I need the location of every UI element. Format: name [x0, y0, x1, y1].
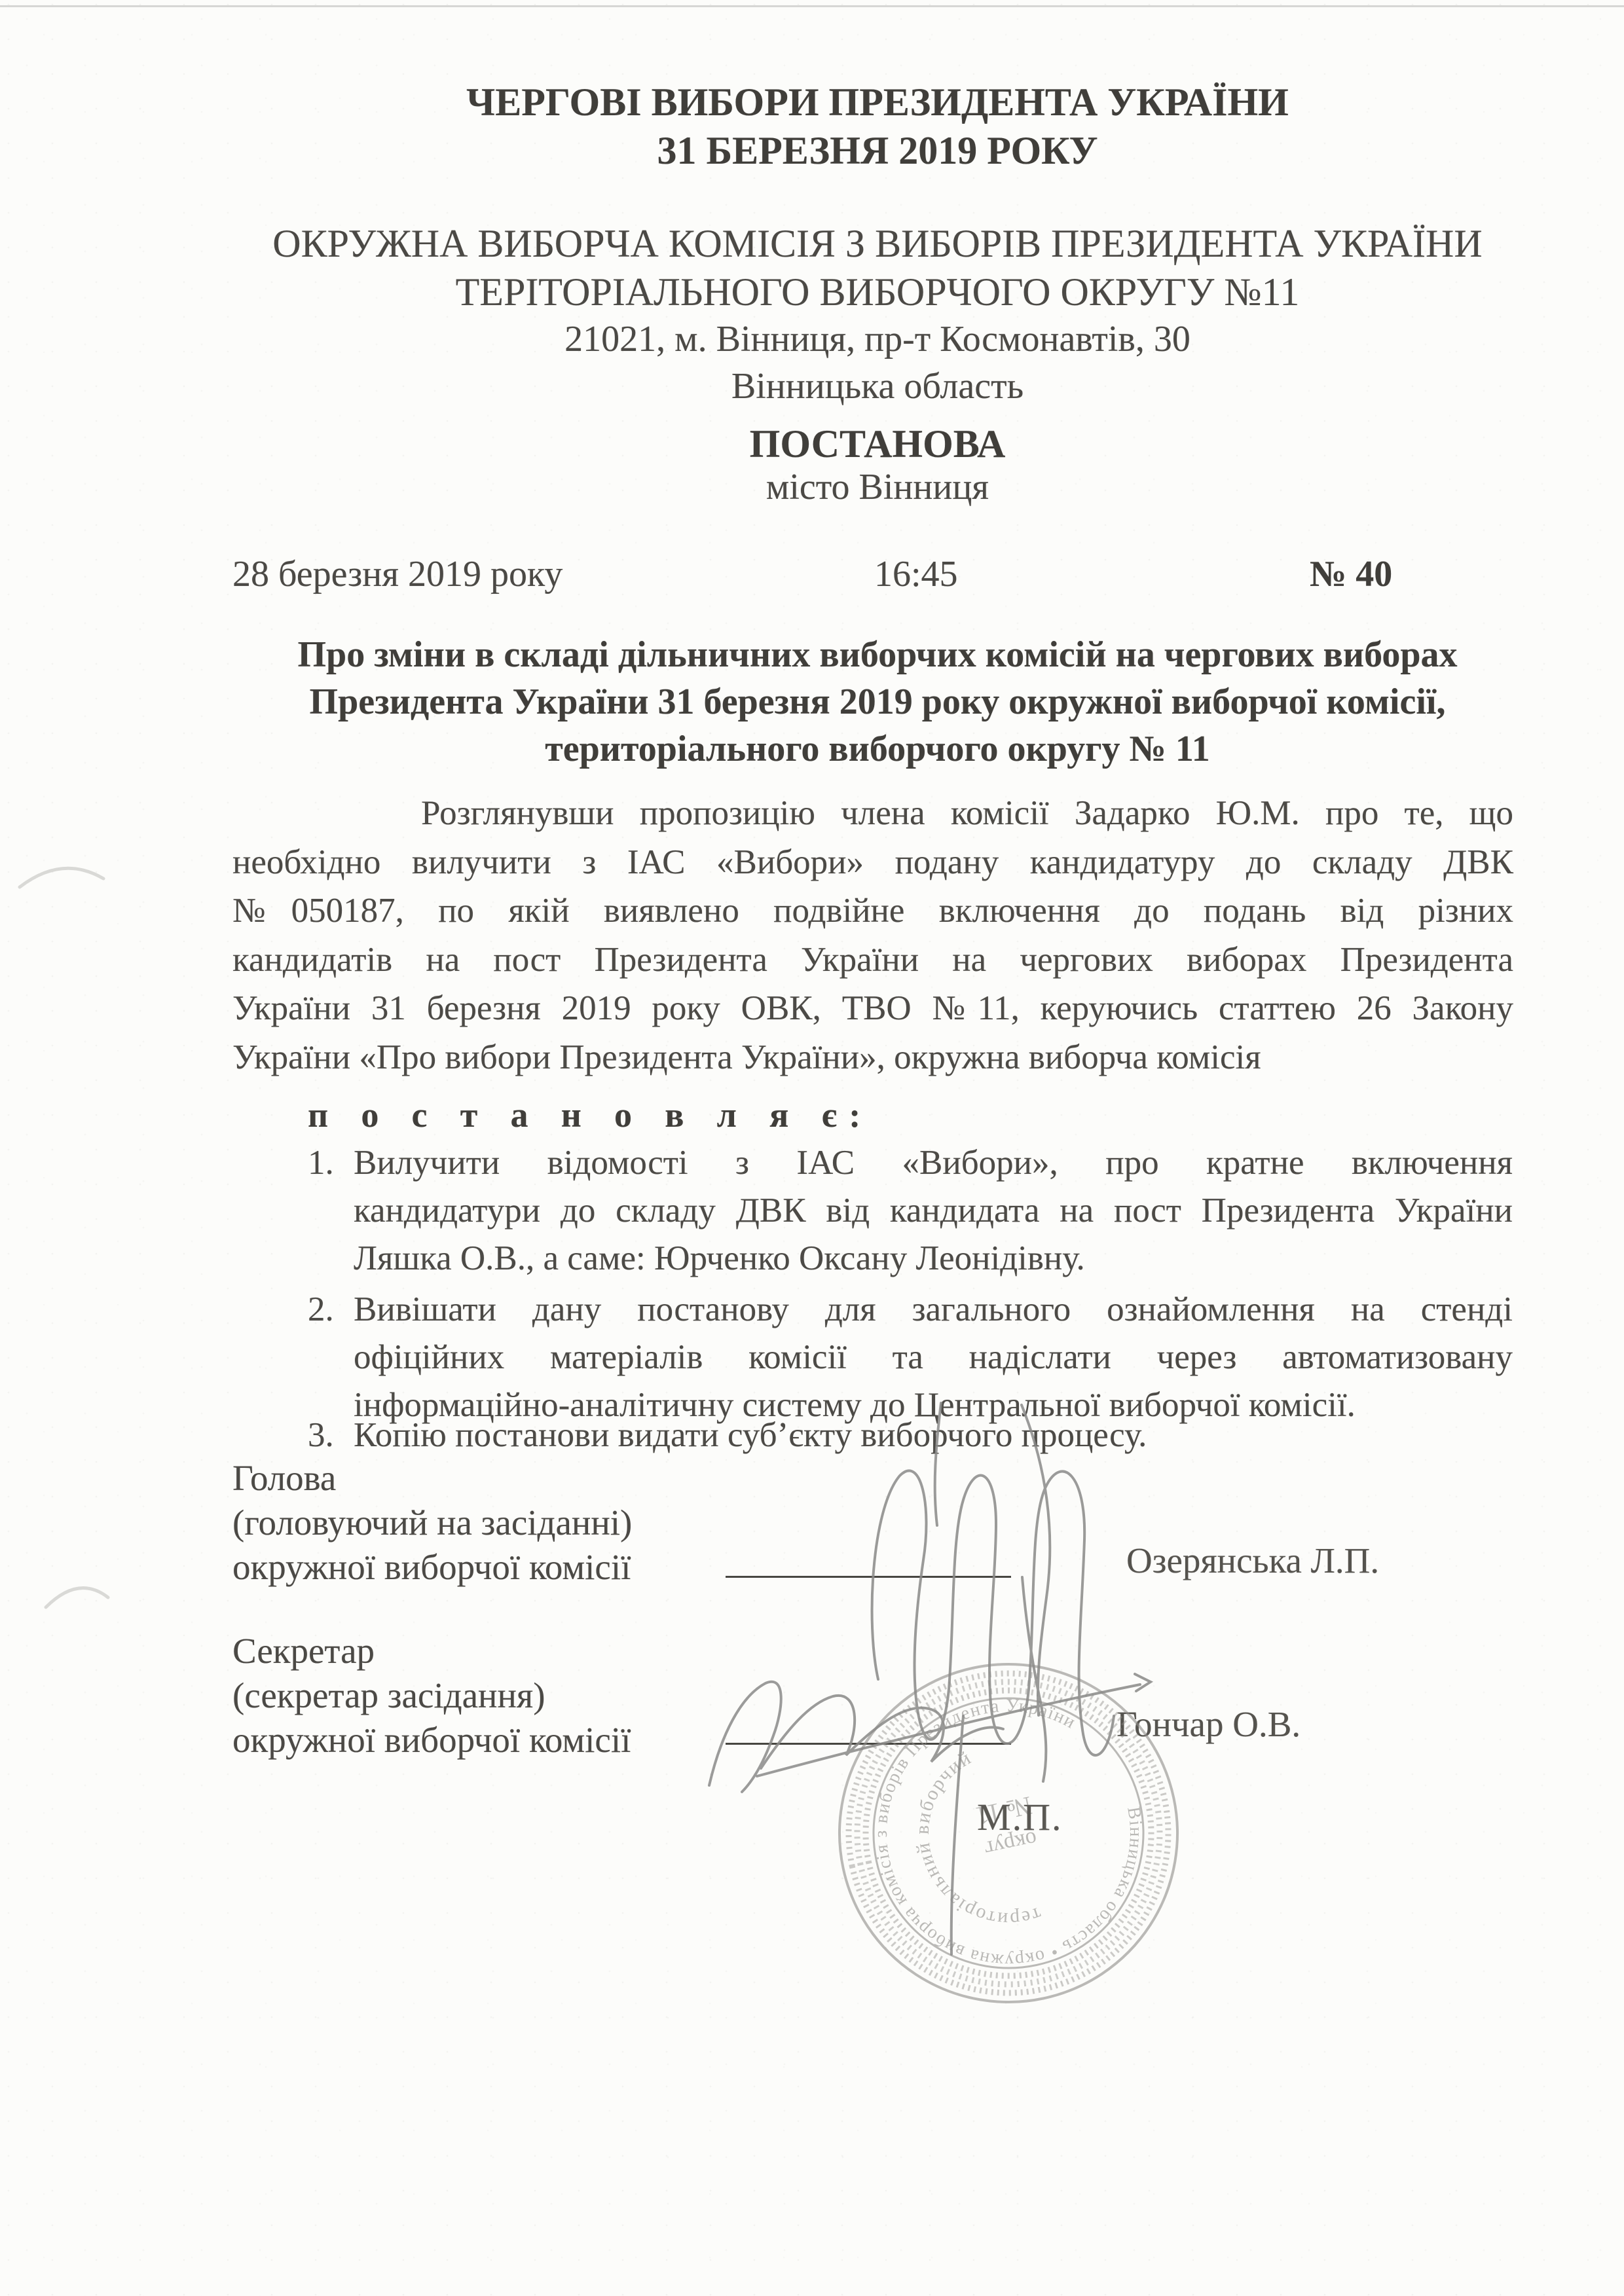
- secretary-signature-scrawl: [709, 1577, 1151, 1954]
- signatures-overlay: [0, 0, 1624, 2296]
- chairman-signature-scrawl: [872, 1403, 1114, 1755]
- scan-curl-artifact: [46, 1588, 108, 1607]
- scan-curl-artifact: [20, 868, 103, 887]
- scanned-resolution-document: ЧЕРГОВІ ВИБОРИ ПРЕЗИДЕНТА УКРАЇНИ 31 БЕР…: [0, 0, 1624, 2296]
